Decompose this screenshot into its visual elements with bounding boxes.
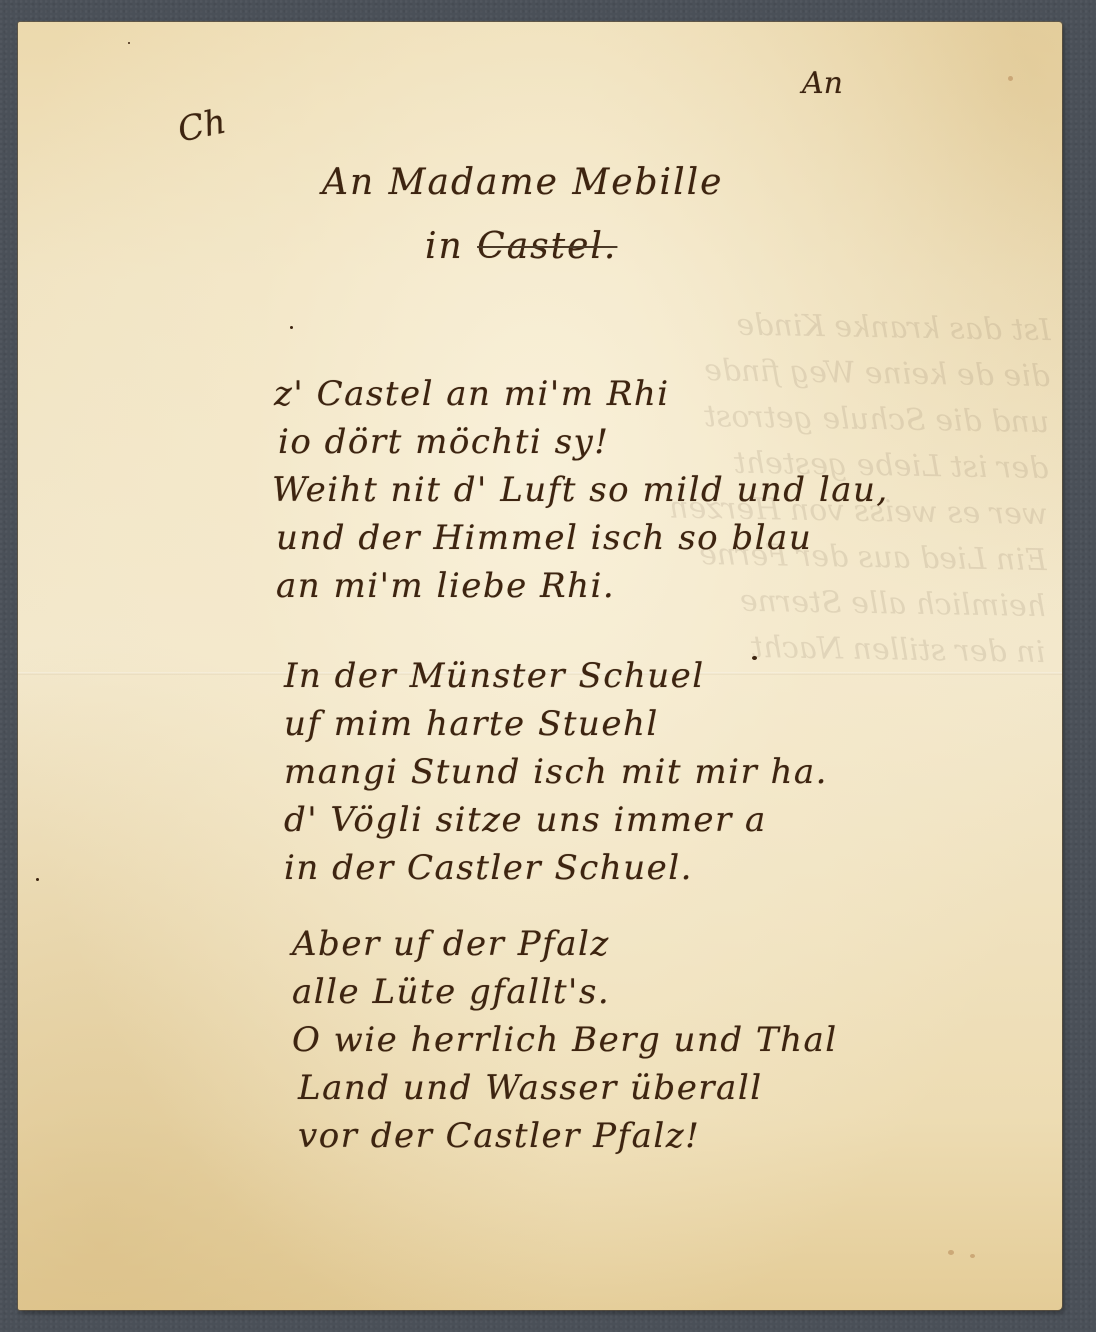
ink-dot [36,878,39,881]
verse-line: an mi'm liebe Rhi. [276,562,1062,610]
verse-line: Aber uf der Pfalz [292,920,1062,968]
verse-line: in der Castler Schuel. [284,844,1062,892]
subtitle-struck-word: Castel. [477,226,617,267]
paper-speck [970,1254,975,1258]
verse-line: O wie herrlich Berg und Thal [292,1016,1062,1064]
verse-line: Weiht nit d' Luft so mild und lau, [272,466,1062,514]
poem-subtitle: in Castel. [425,226,617,267]
paper-speck [1008,76,1013,81]
paper-speck [948,1250,954,1255]
subtitle-prefix: in [425,226,464,267]
verse-line: Land und Wasser überall [298,1064,1062,1112]
verse-line: mangi Stund isch mit mir ha. [284,748,1062,796]
stanza-2: In der Münster Schuel uf mim harte Stueh… [262,652,1062,892]
bleed-line: Ist das kranke Kinde [350,296,1051,354]
ink-dot [128,42,130,44]
verse-line: io dört möchti sy! [278,418,1062,466]
verse-line: d' Vögli sitze uns immer a [284,796,1062,844]
corner-mark-right: An [802,66,843,101]
verse-line: z' Castel an mi'm Rhi [274,370,1062,418]
verse-line: In der Münster Schuel [284,652,1062,700]
poem-title: An Madame Mebille [322,162,723,203]
ink-dot [290,326,293,329]
verse-line: uf mim harte Stuehl [284,700,1062,748]
ink-blot [752,656,757,660]
verse-line: alle Lüte gfallt's. [292,968,1062,1016]
verse-line: vor der Castler Pfalz! [298,1112,1062,1160]
verse-line: und der Himmel isch so blau [276,514,1062,562]
stanza-1: z' Castel an mi'm Rhi io dört möchti sy!… [262,370,1062,610]
stanza-3: Aber uf der Pfalz alle Lüte gfallt's. O … [262,920,1062,1160]
